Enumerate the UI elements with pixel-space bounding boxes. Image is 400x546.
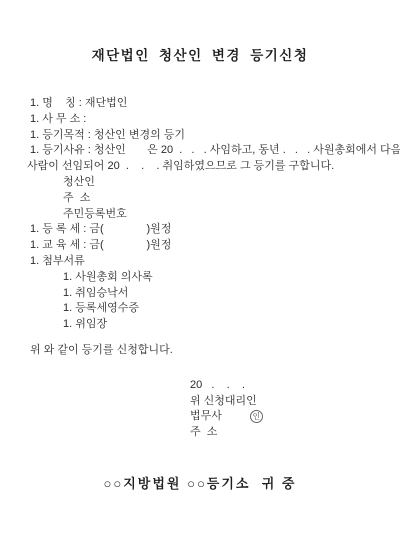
recipient-court-line: ○○지방법원 ○○등기소 귀 중 xyxy=(0,473,400,492)
document-page: 재단법인 청산인 변경 등기신청 1. 명 칭 : 재단법인 1. 사 무 소 … xyxy=(0,0,400,546)
document-title: 재단법인 청산인 변경 등기신청 xyxy=(0,44,400,64)
signature-agent-title: 법무사 xyxy=(190,409,222,425)
line-liquidator-address: 주 소 xyxy=(30,191,392,207)
attachment-tax-receipt: 1. 등록세영수증 xyxy=(30,301,392,317)
attachment-general-meeting-minutes: 1. 사원총회 의사록 xyxy=(30,270,392,286)
line-registration-purpose: 1. 등기목적 : 청산인 변경의 등기 xyxy=(30,128,392,144)
closing-statement: 위 와 같이 등기를 신청합니다. xyxy=(30,343,392,359)
seal-mark-icon: 인 xyxy=(250,410,263,423)
line-foundation-name: 1. 명 칭 : 재단법인 xyxy=(30,96,392,112)
line-attachments-header: 1. 첨부서류 xyxy=(30,254,392,270)
line-resident-registration-number: 주민등록번호 xyxy=(30,207,392,223)
attachment-power-of-attorney: 1. 위임장 xyxy=(30,317,392,333)
line-registration-reason-continued: 사람이 선임되어 20 . . . 취임하였으므로 그 등기를 구합니다. xyxy=(27,159,392,175)
line-liquidator-label: 청산인 xyxy=(30,175,392,191)
signature-applicant-role: 위 신청대리인 xyxy=(190,394,263,410)
line-office: 1. 사 무 소 : xyxy=(30,112,392,128)
document-body: 1. 명 칭 : 재단법인 1. 사 무 소 : 1. 등기목적 : 청산인 변… xyxy=(30,96,392,359)
attachment-acceptance-letter: 1. 취임승낙서 xyxy=(30,286,392,302)
signature-block: 20 . . . 위 신청대리인 법무사 인 주 소 xyxy=(190,378,263,440)
line-registration-reason: 1. 등기사유 : 청산인 은 20 . . . 사임하고, 동년 . . . … xyxy=(30,143,392,159)
signature-date: 20 . . . xyxy=(190,378,263,394)
line-registration-tax: 1. 등 록 세 : 금( )원정 xyxy=(30,222,392,238)
signature-agent-row: 법무사 인 xyxy=(190,409,263,425)
line-education-tax: 1. 교 육 세 : 금( )원정 xyxy=(30,238,392,254)
signature-address: 주 소 xyxy=(190,425,263,441)
